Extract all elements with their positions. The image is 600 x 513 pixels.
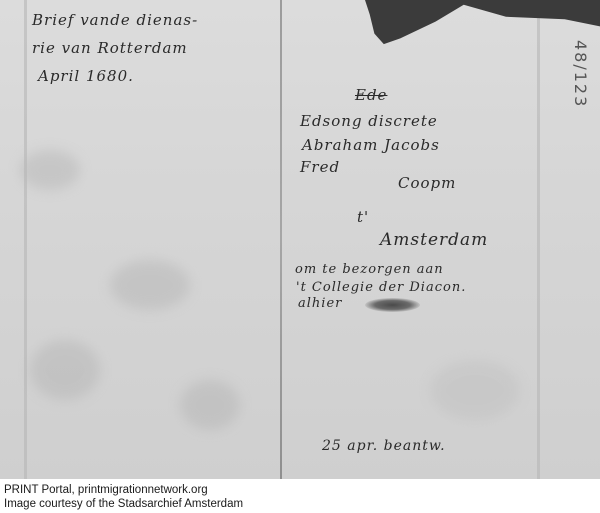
fold-line-right [537, 0, 540, 479]
address-struck-line: Ede [355, 86, 387, 104]
paper-stain [20, 150, 80, 190]
address-city: Amsterdam [380, 230, 488, 250]
address-line-2: Abraham Jacobs [302, 136, 440, 154]
instruction-line-3: alhier [298, 296, 342, 311]
endorsement-line-1: Brief vande dienas- [32, 8, 198, 32]
fold-line-left [24, 0, 27, 479]
caption-credit: Image courtesy of the Stadsarchief Amste… [4, 498, 243, 512]
address-to: t' [357, 208, 369, 226]
receipt-note: 25 apr. beantw. [322, 438, 446, 454]
fold-line-center [280, 0, 282, 479]
paper-stain [30, 340, 100, 400]
image-caption: PRINT Portal, printmigrationnetwork.org … [4, 484, 243, 511]
archive-number: 48/123 [571, 40, 590, 108]
caption-source: PRINT Portal, printmigrationnetwork.org [4, 484, 243, 498]
address-line-1: Edsong discrete [300, 112, 438, 130]
address-line-3: Fred [300, 158, 340, 176]
paper-stain [110, 260, 190, 310]
address-line-4: Coopm [398, 174, 456, 192]
paper-stain [430, 360, 520, 420]
endorsement-line-2: rie van Rotterdam [32, 36, 188, 60]
torn-corner [365, 0, 600, 48]
document-scan: Brief vande dienas- rie van Rotterdam Ap… [0, 0, 600, 479]
paper-stain [180, 380, 240, 430]
endorsement-line-3: April 1680. [38, 64, 134, 88]
ink-blot [365, 298, 420, 312]
instruction-line-1: om te bezorgen aan [295, 262, 444, 277]
instruction-line-2: 't Collegie der Diacon. [296, 280, 466, 295]
